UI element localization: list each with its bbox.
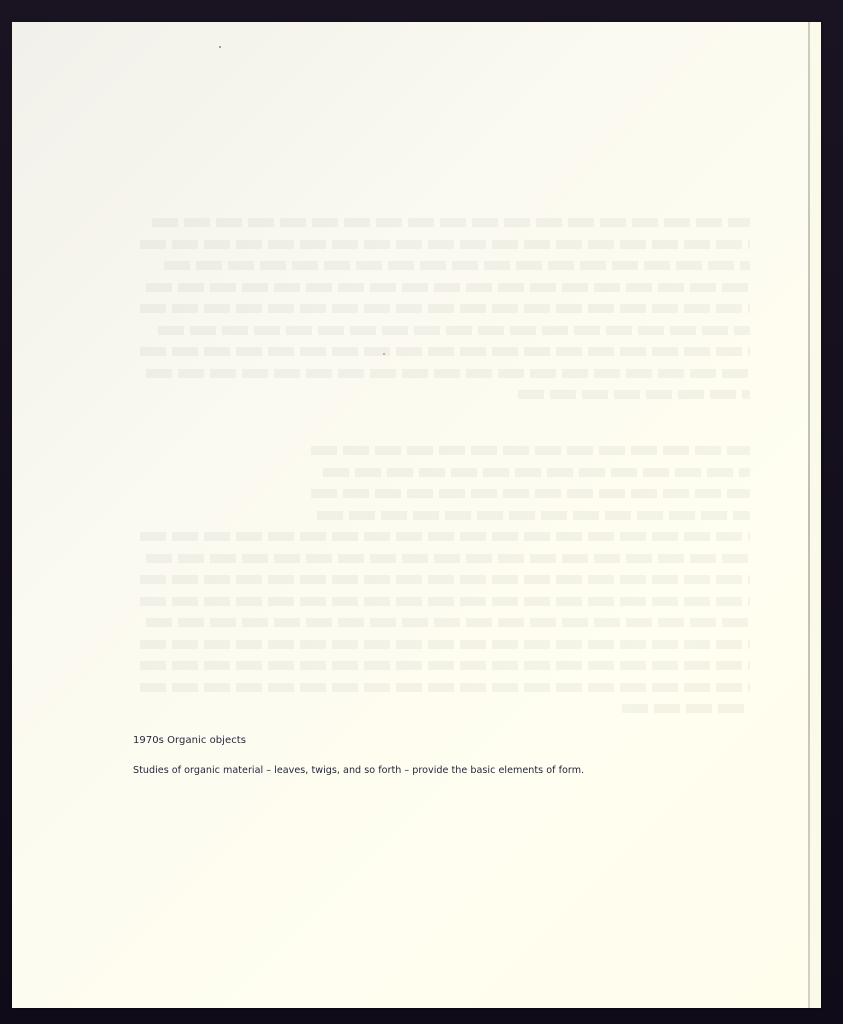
- dust-speck: [383, 353, 385, 355]
- bleed-through-line: [164, 261, 750, 270]
- bleed-through-line: [323, 468, 750, 477]
- book-page: 1970s Organic objects Studies of organic…: [12, 22, 821, 1008]
- bleed-through-line: [146, 283, 750, 292]
- bleed-through-line: [311, 489, 750, 498]
- bleed-through-line: [140, 640, 750, 649]
- bleed-through-line: [311, 446, 750, 455]
- bleed-through-paragraph-2: [140, 446, 750, 726]
- dust-speck: [219, 46, 221, 48]
- bleed-through-line: [622, 704, 750, 713]
- bleed-through-line: [146, 554, 750, 563]
- bleed-through-line: [140, 661, 750, 670]
- bleed-through-line: [140, 240, 750, 249]
- bleed-through-line: [152, 218, 750, 227]
- bleed-through-line: [317, 511, 750, 520]
- bleed-through-paragraph-1: [140, 218, 750, 412]
- bleed-through-line: [140, 532, 750, 541]
- bleed-through-line: [140, 347, 750, 356]
- bleed-through-line: [140, 597, 750, 606]
- bleed-through-line: [518, 390, 750, 399]
- bleed-through-line: [140, 304, 750, 313]
- bleed-through-line: [146, 618, 750, 627]
- bleed-through-line: [140, 575, 750, 584]
- caption-body: Studies of organic material – leaves, tw…: [133, 765, 584, 776]
- facing-page-edge: [810, 22, 821, 1008]
- bleed-through-line: [146, 369, 750, 378]
- bleed-through-line: [140, 683, 750, 692]
- caption-title: 1970s Organic objects: [133, 735, 246, 746]
- bleed-through-line: [158, 326, 750, 335]
